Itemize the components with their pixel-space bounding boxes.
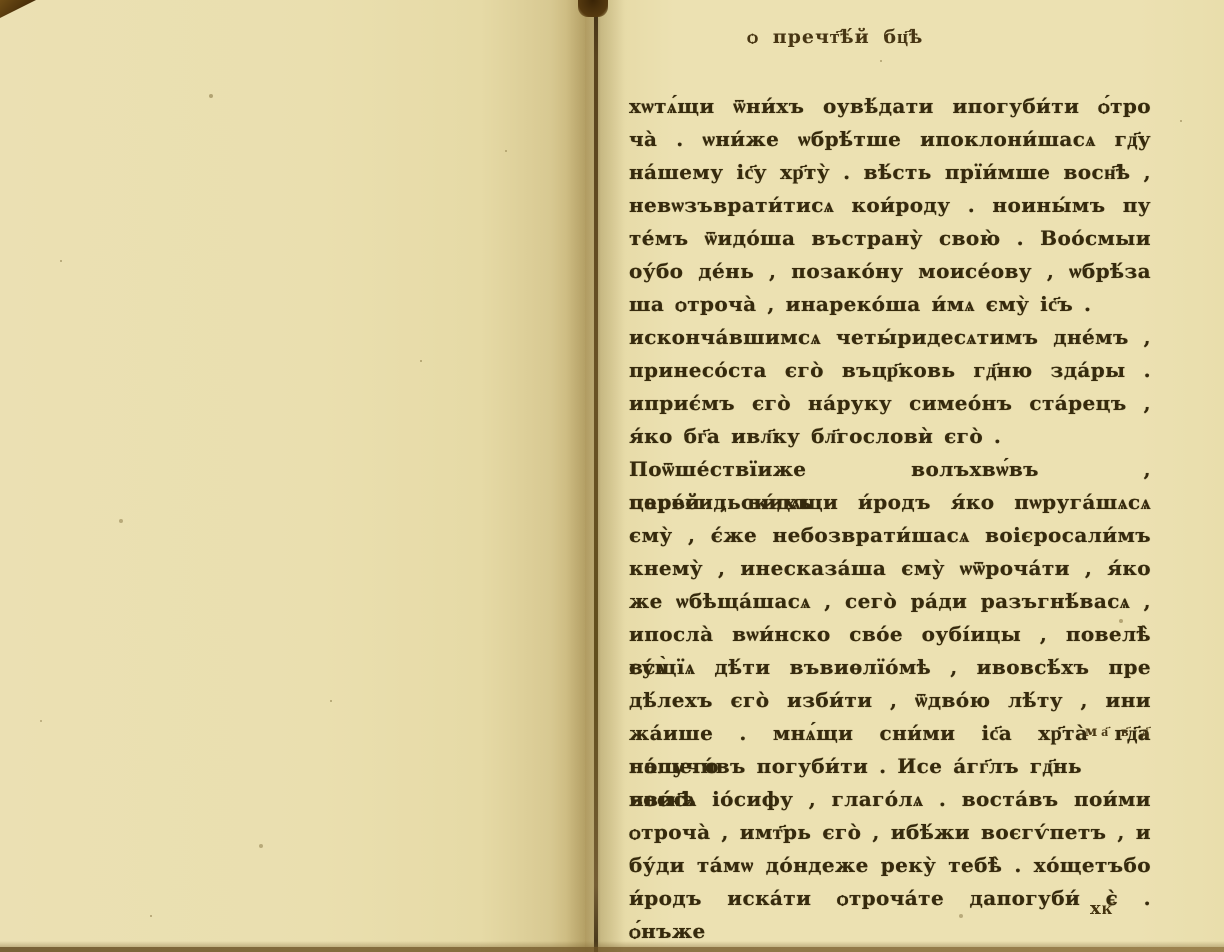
text-line: принесо́ста єго̀ въцр҃ковь гд҃ню зда́ры … [629,354,1151,387]
text-line: бу́ди та́мѡ до́ндеже реку̀ тебѣ̀ . хо́ще… [629,849,1151,882]
text-line: ша ѻтроча̀ , инареко́ша и́мѧ єму̀ іс҃ъ . [629,288,1151,321]
right-page: ѻ пречт҃ѣ́й бц҃ѣ хѡтѧ́щи ѿни́хъ оувѣ́дат… [585,0,1224,952]
paper-specks [0,0,2,2]
text-line: получи́въ погуби́ти . Исе а́гг҃лъ гд҃нь … [629,750,1151,783]
text-line: иприє́мъ єго̀ на́руку симео́нъ ста́рецъ … [629,387,1151,420]
text-line: я́ко бг҃а ивл҃ку бл҃гословѝ єго̀ . [629,420,1151,453]
text-line: на́шему іс҃у хр҃ту̀ . вѣ́сть прїи́мше во… [629,156,1151,189]
margin-note: ма҃ в҃ д҃ [1085,724,1175,741]
book-scan: ѻ пречт҃ѣ́й бц҃ѣ хѡтѧ́щи ѿни́хъ оувѣ́дат… [0,0,1224,952]
text-line: невѡзъврати́тисѧ кои́роду . ноины́мъ пу [629,189,1151,222]
text-line: Поѿше́ствїиже волъхвѡ́въ , перьсидьскихъ [629,453,1151,486]
text-line: ѻтроча̀ , имт҃рь єго̀ , ибѣ́жи воєгѵ́пет… [629,816,1151,849]
text-line: єму̀ , є́же небозврати́шасѧ воієросали́м… [629,519,1151,552]
text-line: царе́й , ви́дѧщи и́родъ я́ко пѡруга́шѧсѧ [629,486,1151,519]
text-line: и́родъ иска́ти ѻтроча́те дапогуби́ є̀ . … [629,882,1151,915]
text-line: дѣ́лехъ єго̀ изби́ти , ѿдво́ю лѣ́ту , ин… [629,684,1151,717]
text-line: яви́сѧ іо́сифу , глаго́лѧ . воста́въ пои… [629,783,1151,816]
text-block: хѡтѧ́щи ѿни́хъ оувѣ́дати ипогуби́ти ѻ́тр… [629,90,1151,915]
running-head: ѻ пречт҃ѣ́й бц҃ѣ [747,26,967,49]
text-line: исконча́вшимсѧ четы́ридесѧтимъ дне́мъ , [629,321,1151,354]
left-page [0,0,585,952]
text-line: ча̀ . ѡни́же ѡбрѣ́тше ипоклони́шасѧ гд҃у [629,123,1151,156]
text-line: кнему̀ , инесказа́ша єму̀ ѡѿроча́ти , я́… [629,552,1151,585]
text-line: же ѡбѣща́шасѧ , сего̀ ра́ди разъгнѣ́васѧ… [629,585,1151,618]
text-line: хѡтѧ́щи ѿни́хъ оувѣ́дати ипогуби́ти ѻ́тр… [629,90,1151,123]
text-line: те́мъ ѿидо́ша въстрану̀ свою̀ . Воо́смыи [629,222,1151,255]
text-line: ипосла̀ вѡи́нско сво́е оубі́ицы , повелѣ… [629,618,1151,651]
text-line: су́щїѧ дѣ́ти въвиѳлїо́мѣ , ивовсѣ́хъ пре [629,651,1151,684]
text-line: оу́бо де́нь , позако́ну моисе́ову , ѡбрѣ… [629,255,1151,288]
binding-top-notch [578,0,608,17]
book-bottom-edge [0,947,1224,952]
text-line: жа́ише . мнѧ́щи сни́ми іс҃а хр҃та̀ гд҃а … [629,717,1151,750]
quire-signature: хк҃ [1090,898,1150,919]
book-gutter [594,0,598,952]
